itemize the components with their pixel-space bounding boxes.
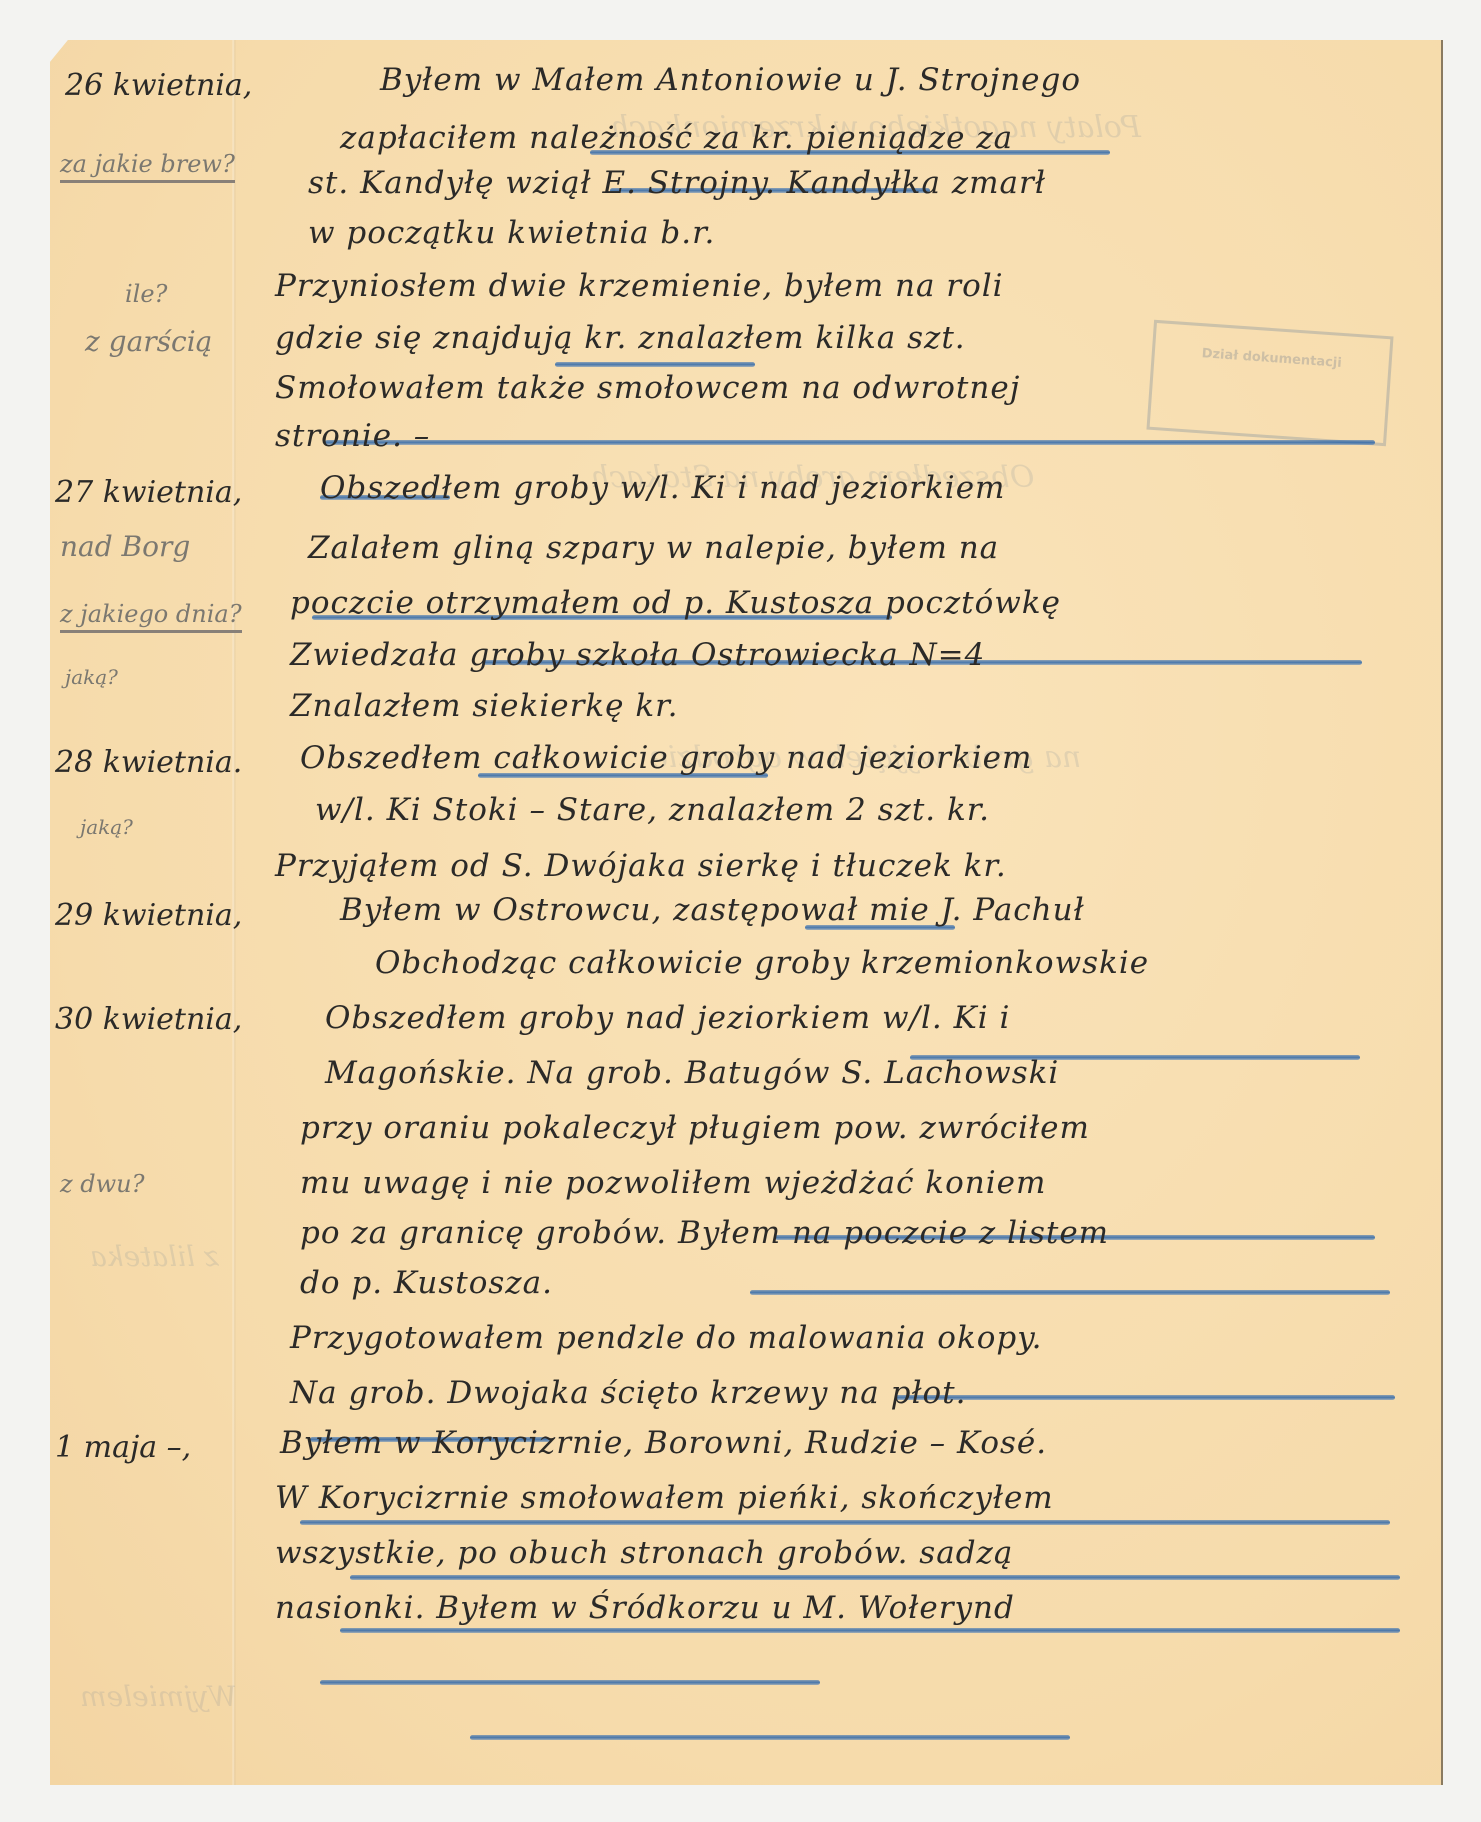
entry-date: 29 kwietnia,: [55, 898, 242, 933]
archive-stamp: Dział dokumentacji: [1146, 320, 1393, 446]
entry-line: Smołowałem także smołowcem na odwrotnej: [275, 370, 1020, 406]
blue-underline: [555, 362, 755, 367]
entry-date: 27 kwietnia,: [55, 475, 242, 510]
bleed-through-text: z lilateka: [90, 1240, 219, 1273]
entry-date: 1 maja –,: [55, 1430, 191, 1465]
entry-line: nasionki. Byłem w Śródkorzu u M. Wołeryn…: [275, 1590, 1015, 1626]
margin-note: jaką?: [65, 665, 118, 689]
entry-line: W Korycizrnie smołowałem pieńki, skończy…: [275, 1480, 1054, 1516]
entry-line: poczcie otrzymałem od p. Kustosza pocztó…: [290, 585, 1061, 621]
blue-underline: [895, 1395, 1395, 1400]
entry-line: Byłem w Korycizrnie, Borowni, Rudzie – K…: [280, 1425, 1047, 1461]
entry-date: 26 kwietnia,: [65, 68, 252, 103]
paper-edge: [1441, 40, 1443, 1785]
entry-line: Byłem w Ostrowcu, zastępował mie J. Pach…: [340, 892, 1085, 928]
entry-line: stronie. –: [275, 418, 430, 454]
entry-line: Zwiedzała groby szkoła Ostrowiecka N=4: [290, 637, 985, 673]
entry-line: przy oraniu pokaleczył pługiem pow. zwró…: [300, 1110, 1090, 1146]
entry-line: Przygotowałem pendzle do malowania okopy…: [290, 1320, 1043, 1356]
bleed-through-text: Wyjmielem: [80, 1680, 237, 1713]
entry-line: Przyjąłem od S. Dwójaka sierkę i tłuczek…: [275, 848, 1007, 884]
entry-line: Na grob. Dwojaka ścięto krzewy na płot.: [290, 1375, 966, 1411]
margin-note: z dwu?: [60, 1170, 145, 1198]
blue-underline: [300, 1520, 1390, 1525]
entry-date: 30 kwietnia,: [55, 1002, 242, 1037]
entry-line: do p. Kustosza.: [300, 1265, 553, 1301]
margin-note: ile?: [125, 280, 167, 308]
blue-underline: [350, 1575, 1400, 1580]
entry-line: gdzie się znajdują kr. znalazłem kilka s…: [275, 320, 966, 356]
entry-line: po za granicę grobów. Byłem na poczcie z…: [300, 1215, 1109, 1251]
margin-note: za jakie brew?: [60, 150, 235, 183]
margin-note: z jakiego dnia?: [60, 600, 242, 633]
entry-line: w początku kwietnia b.r.: [308, 215, 715, 251]
blue-underline: [325, 440, 1375, 445]
entry-line: Obchodząc całkowicie groby krzemionkowsk…: [375, 945, 1149, 981]
entry-line: Obszedłem całkowicie groby nad jeziorkie…: [300, 740, 1032, 776]
document-page: Polaty nagotkiebo w krzemionkach Obszedł…: [50, 40, 1443, 1785]
entry-line: Zalałem gliną szpary w nalepie, byłem na: [308, 530, 999, 566]
blue-underline: [320, 1680, 820, 1685]
entry-line: Znalazłem siekierkę kr.: [290, 688, 678, 724]
entry-line: Obszedłem groby w/l. Ki i nad jeziorkiem: [320, 470, 1005, 506]
margin-note: jaką?: [80, 815, 133, 839]
entry-line: Obszedłem groby nad jeziorkiem w/l. Ki i: [325, 1000, 1010, 1036]
blue-underline: [470, 1735, 1070, 1740]
blue-underline: [340, 1628, 1400, 1633]
entry-line: zapłaciłem należność za kr. pieniądze za: [340, 120, 1013, 156]
margin-note: z garścią: [85, 325, 212, 358]
entry-line: st. Kandyłę wziął E. Strojny. Kandyłka z…: [308, 165, 1046, 201]
margin-note: nad Borg: [60, 530, 190, 563]
entry-line: Przyniosłem dwie krzemienie, byłem na ro…: [275, 268, 1004, 304]
entry-line: mu uwagę i nie pozwoliłem wjeżdżać konie…: [300, 1165, 1046, 1201]
blue-underline: [750, 1290, 1390, 1295]
entry-line: w/l. Ki Stoki – Stare, znalazłem 2 szt. …: [315, 792, 990, 828]
entry-line: Magońskie. Na grob. Batugów S. Lachowski: [325, 1055, 1059, 1091]
entry-date: 28 kwietnia.: [55, 745, 242, 780]
entry-line: Byłem w Małem Antoniowie u J. Strojnego: [380, 62, 1081, 98]
entry-line: wszystkie, po obuch stronach grobów. sad…: [275, 1535, 1013, 1571]
